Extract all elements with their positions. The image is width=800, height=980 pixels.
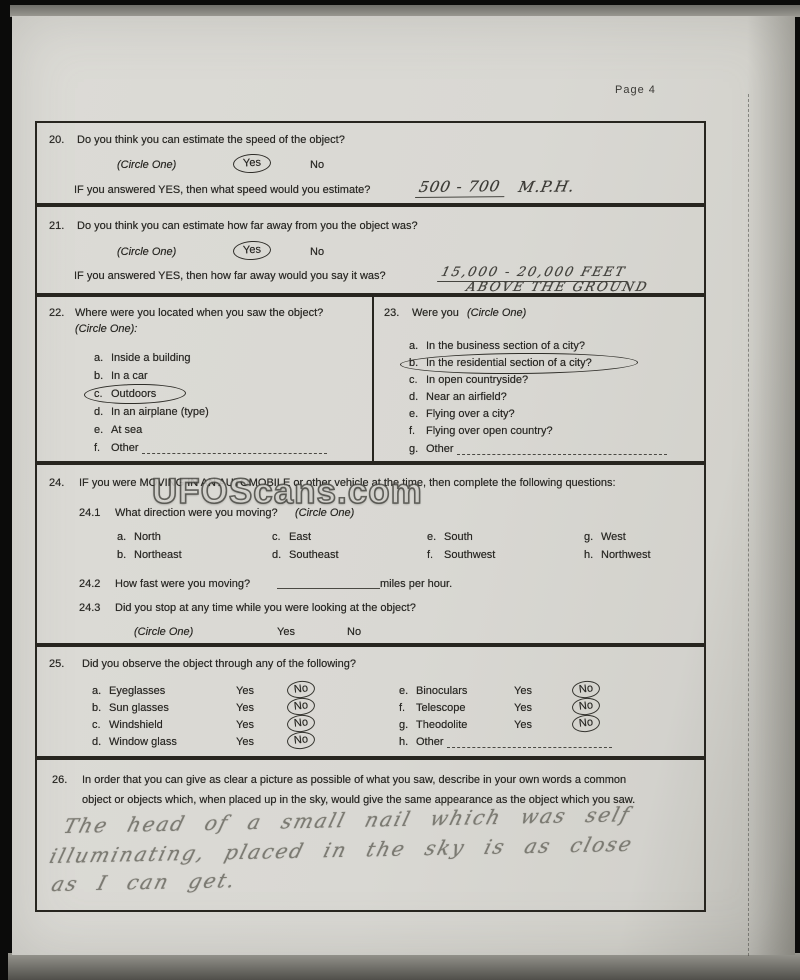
page-stack-edge-bottom bbox=[8, 953, 800, 980]
handwritten-description-line2: illuminating, placed in the sky is as cl… bbox=[47, 832, 636, 868]
option-row: a.Inside a building bbox=[94, 352, 191, 364]
circle-one-label: (Circle One): bbox=[75, 323, 137, 335]
answer-yes-circled: Yes bbox=[233, 154, 271, 173]
handwritten-speed-unit: M.P.H. bbox=[517, 177, 577, 196]
hand-drawn-circle: Yes bbox=[233, 240, 272, 261]
question-text: Where were you located when you saw the … bbox=[75, 307, 323, 319]
hand-drawn-circle: Yes bbox=[233, 153, 272, 174]
blank-line bbox=[277, 578, 380, 589]
question-22-23-box: 22. Where were you located when you saw … bbox=[35, 295, 706, 463]
handwritten-speed-value: 500 - 700 bbox=[415, 177, 508, 198]
hand-drawn-circle: No bbox=[286, 697, 316, 717]
column-divider bbox=[372, 297, 374, 461]
hand-drawn-circle: No bbox=[286, 714, 316, 734]
option-row: d.Near an airfield? bbox=[409, 391, 507, 403]
circle-one-label: (Circle One) bbox=[467, 307, 526, 319]
question-26-box: 26. In order that you can give as clear … bbox=[35, 758, 706, 912]
direction-option: g.West bbox=[584, 531, 626, 543]
watermark: UFOScans.com bbox=[152, 472, 423, 512]
sub-question-number: 24.3 bbox=[79, 602, 100, 614]
question-number: 20. bbox=[49, 134, 64, 146]
observe-no-circled: No bbox=[287, 681, 315, 698]
option-row: e.Flying over a city? bbox=[409, 408, 515, 420]
direction-option: h.Northwest bbox=[584, 549, 651, 561]
question-text: Were you bbox=[412, 307, 459, 319]
direction-option: b.Northeast bbox=[117, 549, 182, 561]
observe-yes: Yes bbox=[236, 719, 254, 731]
observe-item: h.Other bbox=[399, 736, 612, 748]
blank-line bbox=[142, 443, 327, 454]
observe-yes: Yes bbox=[514, 719, 532, 731]
observe-no-circled: No bbox=[287, 698, 315, 715]
observe-no-circled: No bbox=[572, 681, 600, 698]
sub-question-text: Did you stop at any time while you were … bbox=[115, 602, 416, 614]
hand-drawn-circle: No bbox=[286, 731, 316, 751]
blank-line bbox=[447, 737, 612, 748]
question-21-box: 21. Do you think you can estimate how fa… bbox=[35, 205, 706, 295]
question-number: 25. bbox=[49, 658, 64, 670]
observe-no-circled: No bbox=[287, 732, 315, 749]
option-row: f.Other bbox=[94, 442, 327, 454]
handwritten-description-line3: as I can get. bbox=[49, 868, 240, 896]
question-20-box: 20. Do you think you can estimate the sp… bbox=[35, 121, 706, 205]
hand-drawn-circle: No bbox=[571, 697, 601, 717]
direction-option: a.North bbox=[117, 531, 161, 543]
option-row-circled: b.In the residential section of a city? bbox=[409, 357, 592, 369]
question-25-box: 25. Did you observe the object through a… bbox=[35, 645, 706, 758]
followup-text: IF you answered YES, then how far away w… bbox=[74, 270, 386, 282]
observe-yes: Yes bbox=[236, 685, 254, 697]
question-text: Do you think you can estimate how far aw… bbox=[77, 220, 418, 232]
option-row: a.In the business section of a city? bbox=[409, 340, 585, 352]
option-row: g.Other bbox=[409, 443, 667, 455]
answer-no: No bbox=[347, 626, 361, 638]
observe-yes: Yes bbox=[514, 702, 532, 714]
observe-no-circled: No bbox=[572, 698, 600, 715]
page-fold-crease bbox=[748, 94, 749, 956]
direction-option: e.South bbox=[427, 531, 473, 543]
observe-item: c.Windshield bbox=[92, 719, 163, 731]
option-row: d.In an airplane (type) bbox=[94, 406, 209, 418]
sub-question-suffix: miles per hour. bbox=[380, 578, 452, 590]
question-number: 21. bbox=[49, 220, 64, 232]
observe-no-circled: No bbox=[572, 715, 600, 732]
direction-option: c.East bbox=[272, 531, 311, 543]
option-row: e.At sea bbox=[94, 424, 142, 436]
observe-item: e.Binoculars bbox=[399, 685, 467, 697]
question-number: 24. bbox=[49, 477, 64, 489]
answer-no: No bbox=[310, 246, 324, 258]
hand-drawn-circle: No bbox=[571, 714, 601, 734]
answer-yes-circled: Yes bbox=[233, 241, 271, 260]
observe-item: a.Eyeglasses bbox=[92, 685, 165, 697]
circle-one-label: (Circle One) bbox=[117, 159, 176, 171]
observe-yes: Yes bbox=[236, 736, 254, 748]
question-number: 23. bbox=[384, 307, 399, 319]
question-text: Did you observe the object through any o… bbox=[82, 658, 356, 670]
observe-item: g.Theodolite bbox=[399, 719, 467, 731]
question-number: 26. bbox=[52, 774, 67, 786]
handwritten-description-line1: The head of a small nail which was self bbox=[61, 802, 634, 838]
circle-one-label: (Circle One) bbox=[117, 246, 176, 258]
hand-drawn-circle: No bbox=[571, 680, 601, 700]
observe-no-circled: No bbox=[287, 715, 315, 732]
page-curl-shadow bbox=[747, 16, 795, 955]
observe-yes: Yes bbox=[514, 685, 532, 697]
direction-option: d.Southeast bbox=[272, 549, 339, 561]
observe-item: f.Telescope bbox=[399, 702, 466, 714]
observe-item: b.Sun glasses bbox=[92, 702, 169, 714]
followup-text: IF you answered YES, then what speed wou… bbox=[74, 184, 370, 196]
answer-no: No bbox=[310, 159, 324, 171]
option-row: f.Flying over open country? bbox=[409, 425, 553, 437]
observe-yes: Yes bbox=[236, 702, 254, 714]
sub-question-number: 24.2 bbox=[79, 578, 100, 590]
option-row: b.In a car bbox=[94, 370, 148, 382]
blank-line bbox=[457, 444, 667, 455]
circle-one-label: (Circle One) bbox=[134, 626, 193, 638]
sub-question-number: 24.1 bbox=[79, 507, 100, 519]
question-number: 22. bbox=[49, 307, 64, 319]
question-text-line1: In order that you can give as clear a pi… bbox=[82, 774, 626, 786]
direction-option: f.Southwest bbox=[427, 549, 495, 561]
option-row: c.In open countryside? bbox=[409, 374, 528, 386]
answer-yes: Yes bbox=[277, 626, 295, 638]
question-text: Do you think you can estimate the speed … bbox=[77, 134, 345, 146]
hand-drawn-circle: No bbox=[286, 680, 316, 700]
scanned-document: Page 4 20. Do you think you can estimate… bbox=[0, 0, 800, 980]
sub-question-text: How fast were you moving? bbox=[115, 578, 250, 590]
observe-item: d.Window glass bbox=[92, 736, 177, 748]
page-number: Page 4 bbox=[615, 84, 656, 96]
option-row-circled: c.Outdoors bbox=[94, 388, 156, 400]
